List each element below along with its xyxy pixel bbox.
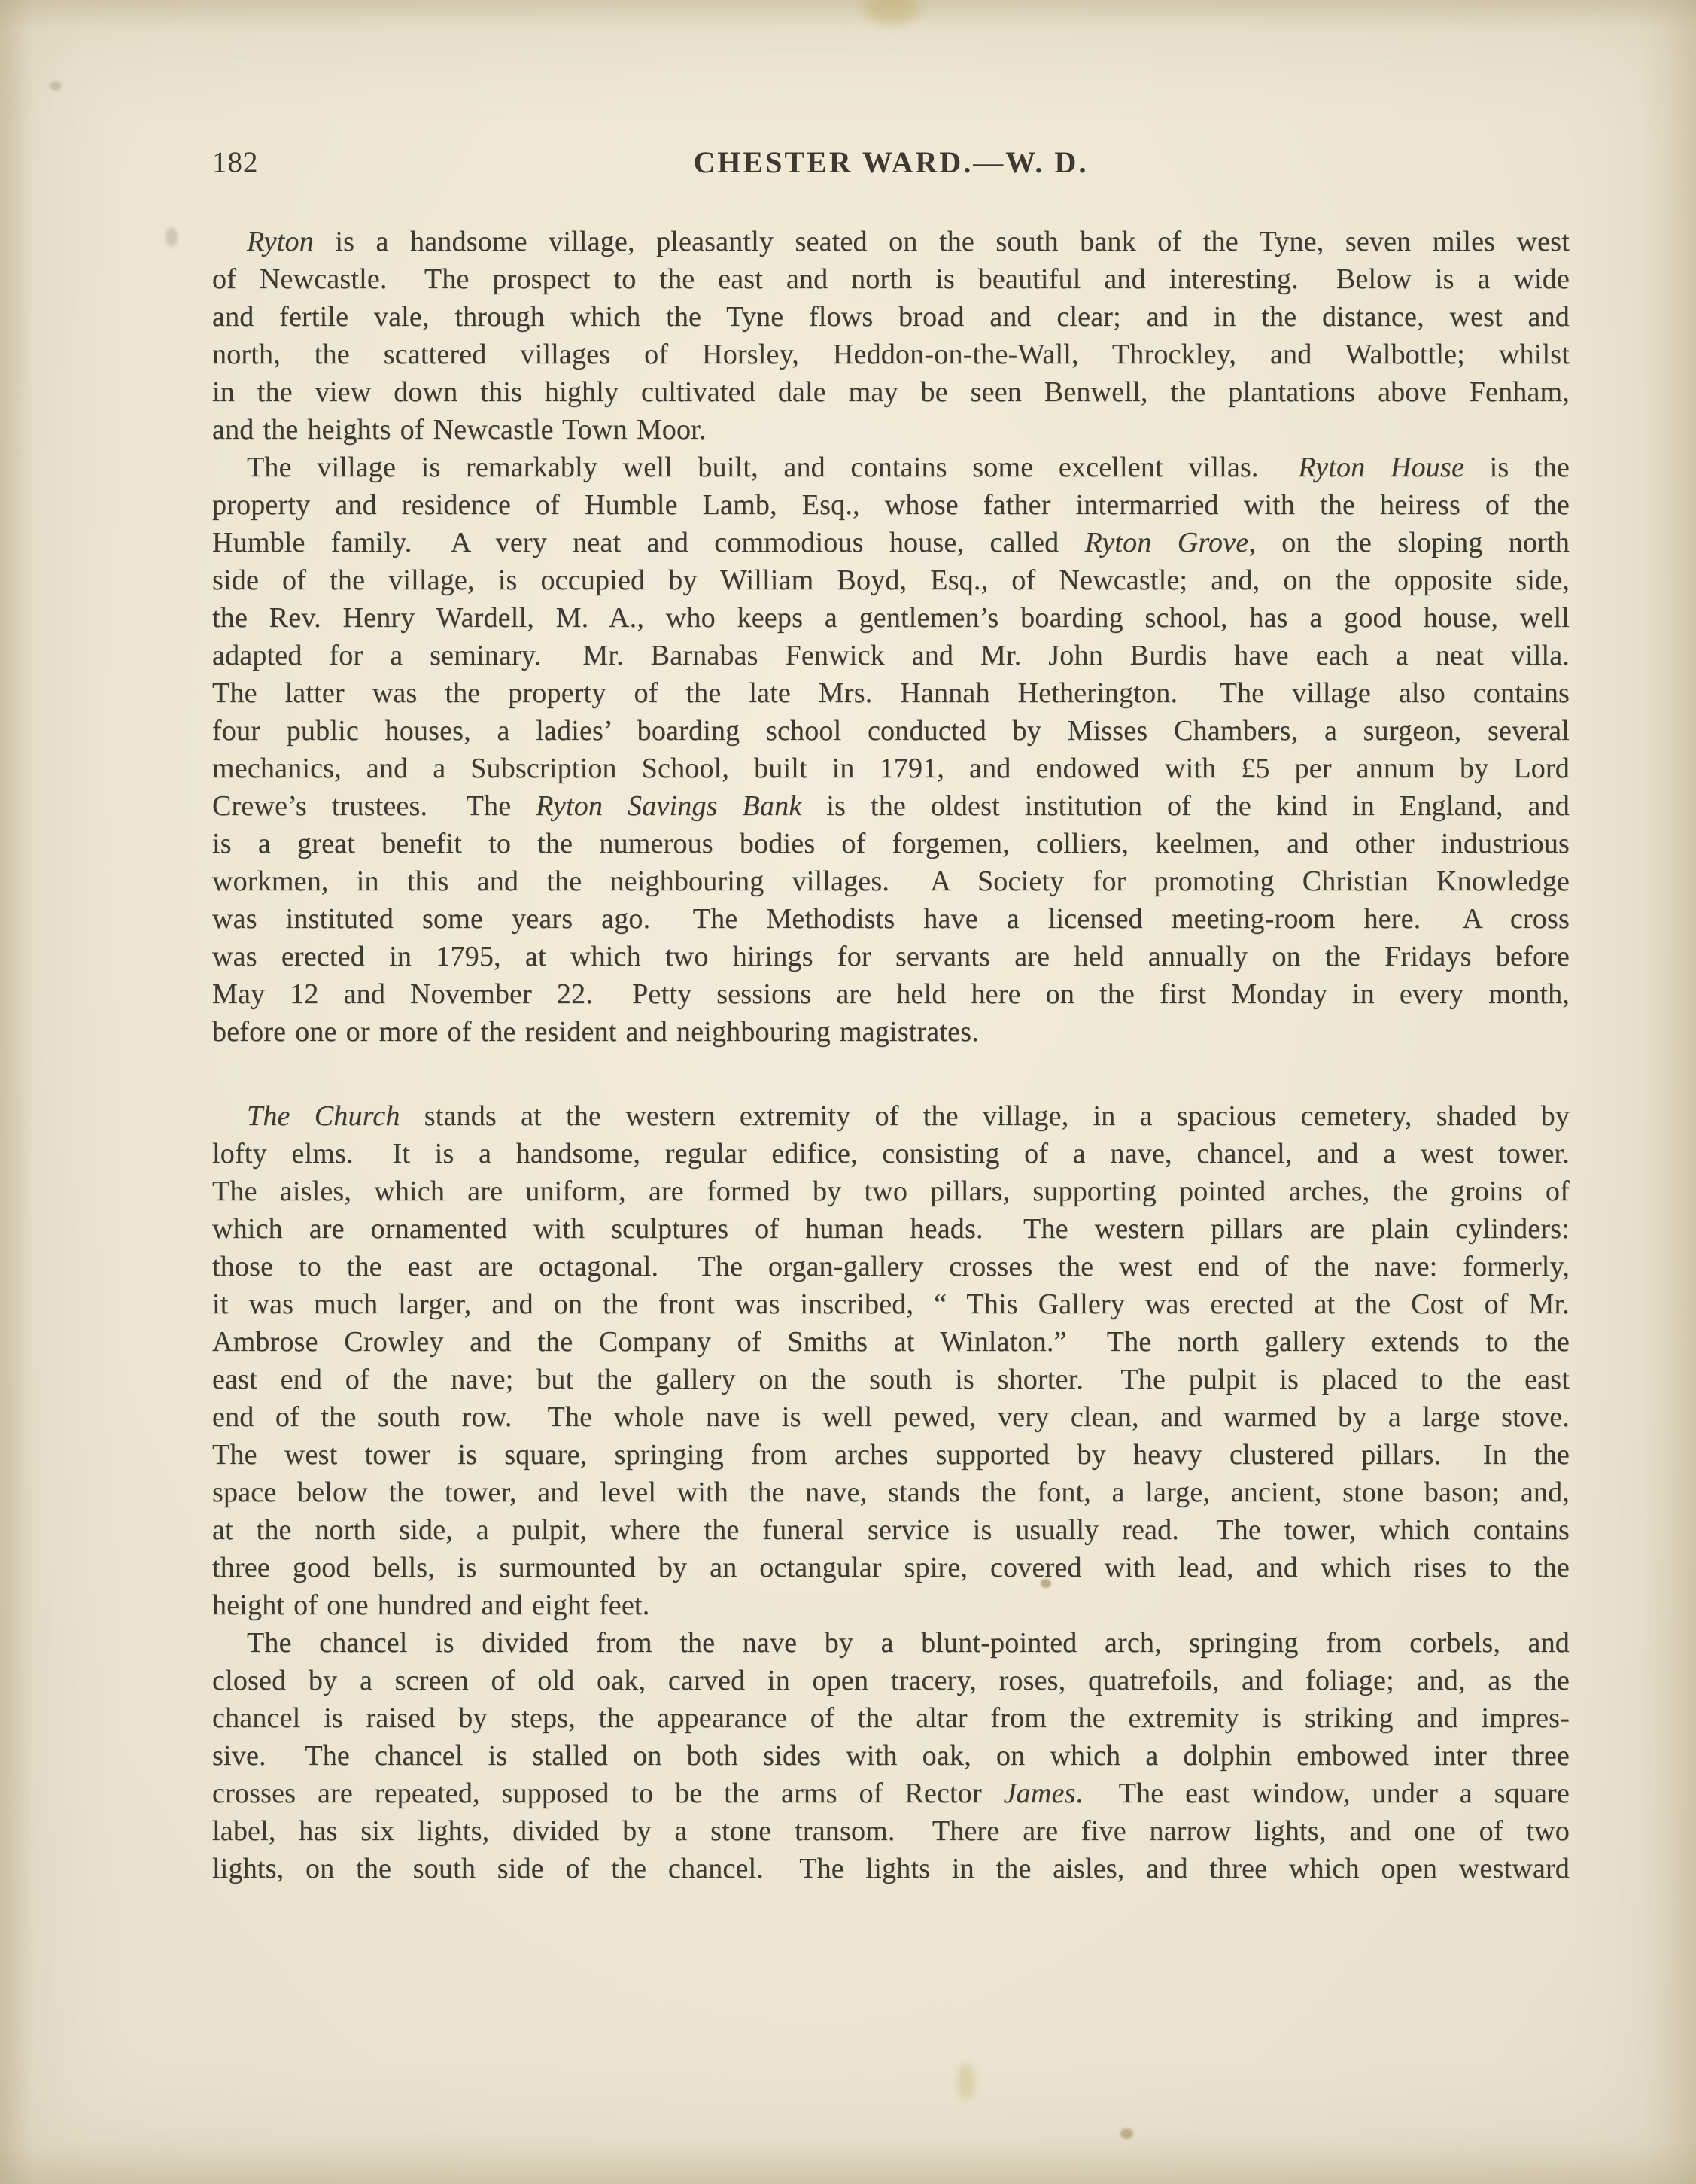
- text-line: before one or more of the resident and n…: [212, 1013, 1570, 1051]
- text-line: workmen, in this and the neighbouring vi…: [212, 862, 1570, 900]
- body-text: chancel is raised by steps, the appearan…: [212, 1702, 1570, 1734]
- book-page: 182 CHESTER WARD.—W. D. Ryton is a hands…: [0, 0, 1696, 2184]
- text-line: The village is remarkably well built, an…: [212, 449, 1570, 486]
- text-line: adapted for a seminary. Mr. Barnabas Fen…: [212, 637, 1570, 674]
- text-line: mechanics, and a Subscription School, bu…: [212, 750, 1570, 787]
- running-title: CHESTER WARD.—W. D.: [212, 144, 1570, 181]
- italic-text: Ryton House: [1298, 452, 1464, 483]
- text-line: space below the tower, and level with th…: [212, 1474, 1570, 1511]
- paper-stain: [957, 2064, 975, 2100]
- body-text: which are ornamented with sculptures of …: [212, 1213, 1570, 1245]
- body-text: crosses are repeated, supposed to be the…: [212, 1778, 1004, 1809]
- body-text: was instituted some years ago. The Metho…: [212, 903, 1570, 935]
- body-text: space below the tower, and level with th…: [212, 1477, 1570, 1508]
- italic-text: The Church: [247, 1100, 400, 1132]
- text-line: The chancel is divided from the nave by …: [212, 1624, 1570, 1662]
- body-text: lofty elms. It is a handsome, regular ed…: [212, 1138, 1570, 1170]
- text-line: four public houses, a ladies’ boarding s…: [212, 712, 1570, 750]
- paragraph-the-church: The Church stands at the western extremi…: [212, 1097, 1570, 1624]
- text-line: closed by a screen of old oak, carved in…: [212, 1662, 1570, 1699]
- body-text: closed by a screen of old oak, carved in…: [212, 1665, 1570, 1696]
- text-line: the Rev. Henry Wardell, M. A., who keeps…: [212, 599, 1570, 637]
- text-line: May 12 and November 22. Petty sessions a…: [212, 975, 1570, 1013]
- text-line: Crewe’s trustees. The Ryton Savings Bank…: [212, 787, 1570, 825]
- text-line: at the north side, a pulpit, where the f…: [212, 1511, 1570, 1549]
- body-text: adapted for a seminary. Mr. Barnabas Fen…: [212, 640, 1570, 671]
- italic-text: Ryton: [247, 226, 314, 257]
- text-line: is a great benefit to the numerous bodie…: [212, 825, 1570, 862]
- body-text: and fertile vale, through which the Tyne…: [212, 301, 1570, 333]
- body-text: lights, on the south side of the chancel…: [212, 1853, 1570, 1884]
- body-text: The village is remarkably well built, an…: [247, 452, 1298, 483]
- text-line: crosses are repeated, supposed to be the…: [212, 1775, 1570, 1812]
- text-line: north, the scattered villages of Horsley…: [212, 336, 1570, 373]
- text-line: label, has six lights, divided by a ston…: [212, 1812, 1570, 1850]
- italic-text: Ryton Grove: [1085, 527, 1249, 558]
- paper-stain: [166, 227, 178, 247]
- text-line: lights, on the south side of the chancel…: [212, 1850, 1570, 1887]
- paper-stain: [864, 0, 919, 24]
- text-line: Humble family. A very neat and commodiou…: [212, 524, 1570, 561]
- body-text: May 12 and November 22. Petty sessions a…: [212, 978, 1570, 1010]
- body-text: stands at the western extremity of the v…: [400, 1100, 1570, 1132]
- text-block: Ryton is a handsome village, pleasantly …: [212, 223, 1570, 1887]
- body-text: in the view down this highly cultivated …: [212, 376, 1570, 408]
- body-text: property and residence of Humble Lamb, E…: [212, 489, 1570, 521]
- text-line: Ambrose Crowley and the Company of Smith…: [212, 1323, 1570, 1361]
- running-head: 182 CHESTER WARD.—W. D.: [212, 144, 1570, 181]
- body-text: those to the east are octagonal. The org…: [212, 1251, 1570, 1282]
- paragraph-the-chancel: The chancel is divided from the nave by …: [212, 1624, 1570, 1887]
- body-text: end of the south row. The whole nave is …: [212, 1401, 1570, 1433]
- text-line: which are ornamented with sculptures of …: [212, 1210, 1570, 1248]
- body-text: The chancel is divided from the nave by …: [247, 1627, 1570, 1659]
- text-line: lofty elms. It is a handsome, regular ed…: [212, 1135, 1570, 1173]
- body-text: The latter was the property of the late …: [212, 677, 1570, 709]
- text-line: The west tower is square, springing from…: [212, 1436, 1570, 1474]
- body-text: sive. The chancel is stalled on both sid…: [212, 1740, 1570, 1772]
- body-text: is a handsome village, pleasantly seated…: [314, 226, 1570, 257]
- paper-stain: [50, 81, 62, 90]
- page-number: 182: [212, 144, 259, 181]
- body-text: before one or more of the resident and n…: [212, 1016, 979, 1048]
- body-text: was erected in 1795, at which two hiring…: [212, 941, 1570, 972]
- body-text: it was much larger, and on the front was…: [212, 1288, 1570, 1320]
- text-line: those to the east are octagonal. The org…: [212, 1248, 1570, 1285]
- text-line: of Newcastle. The prospect to the east a…: [212, 260, 1570, 298]
- body-text: the Rev. Henry Wardell, M. A., who keeps…: [212, 602, 1570, 634]
- text-line: east end of the nave; but the gallery on…: [212, 1361, 1570, 1398]
- paper-stain: [1120, 2128, 1133, 2139]
- text-line: it was much larger, and on the front was…: [212, 1285, 1570, 1323]
- body-text: Humble family. A very neat and commodiou…: [212, 527, 1085, 558]
- body-text: mechanics, and a Subscription School, bu…: [212, 753, 1570, 784]
- text-line: and fertile vale, through which the Tyne…: [212, 298, 1570, 336]
- body-text: four public houses, a ladies’ boarding s…: [212, 715, 1570, 747]
- text-line: The aisles, which are uniform, are forme…: [212, 1173, 1570, 1210]
- italic-text: James: [1004, 1778, 1076, 1809]
- text-line: The latter was the property of the late …: [212, 674, 1570, 712]
- body-text: height of one hundred and eight feet.: [212, 1589, 649, 1621]
- text-line: height of one hundred and eight feet.: [212, 1586, 1570, 1624]
- text-line: property and residence of Humble Lamb, E…: [212, 486, 1570, 524]
- body-text: Crewe’s trustees. The: [212, 790, 536, 822]
- body-text: north, the scattered villages of Horsley…: [212, 339, 1570, 370]
- body-text: The west tower is square, springing from…: [212, 1439, 1570, 1471]
- body-text: is the: [1464, 452, 1570, 483]
- text-line: end of the south row. The whole nave is …: [212, 1398, 1570, 1436]
- text-line: Ryton is a handsome village, pleasantly …: [212, 223, 1570, 260]
- body-text: is the oldest institution of the kind in…: [801, 790, 1570, 822]
- paragraph-ryton-village: Ryton is a handsome village, pleasantly …: [212, 223, 1570, 449]
- text-line: in the view down this highly cultivated …: [212, 373, 1570, 411]
- body-text: . The east window, under a square: [1076, 1778, 1570, 1809]
- body-text: of Newcastle. The prospect to the east a…: [212, 263, 1570, 295]
- text-line: side of the village, is occupied by Will…: [212, 561, 1570, 599]
- paragraph-village-description: The village is remarkably well built, an…: [212, 449, 1570, 1051]
- text-line: was erected in 1795, at which two hiring…: [212, 938, 1570, 975]
- text-line: chancel is raised by steps, the appearan…: [212, 1699, 1570, 1737]
- body-text: The aisles, which are uniform, are forme…: [212, 1176, 1570, 1207]
- body-text: side of the village, is occupied by Will…: [212, 564, 1570, 596]
- text-line: and the heights of Newcastle Town Moor.: [212, 411, 1570, 449]
- text-line: three good bells, is surmounted by an oc…: [212, 1549, 1570, 1586]
- text-line: sive. The chancel is stalled on both sid…: [212, 1737, 1570, 1775]
- body-text: Ambrose Crowley and the Company of Smith…: [212, 1326, 1570, 1358]
- body-text: workmen, in this and the neighbouring vi…: [212, 865, 1570, 897]
- body-text: and the heights of Newcastle Town Moor.: [212, 414, 707, 446]
- text-line: The Church stands at the western extremi…: [212, 1097, 1570, 1135]
- body-text: label, has six lights, divided by a ston…: [212, 1815, 1570, 1847]
- text-line: was instituted some years ago. The Metho…: [212, 900, 1570, 938]
- body-text: , on the sloping north: [1248, 527, 1570, 558]
- body-text: is a great benefit to the numerous bodie…: [212, 828, 1570, 859]
- body-text: east end of the nave; but the gallery on…: [212, 1364, 1570, 1395]
- italic-text: Ryton Savings Bank: [536, 790, 801, 822]
- body-text: three good bells, is surmounted by an oc…: [212, 1552, 1570, 1583]
- body-text: at the north side, a pulpit, where the f…: [212, 1514, 1570, 1546]
